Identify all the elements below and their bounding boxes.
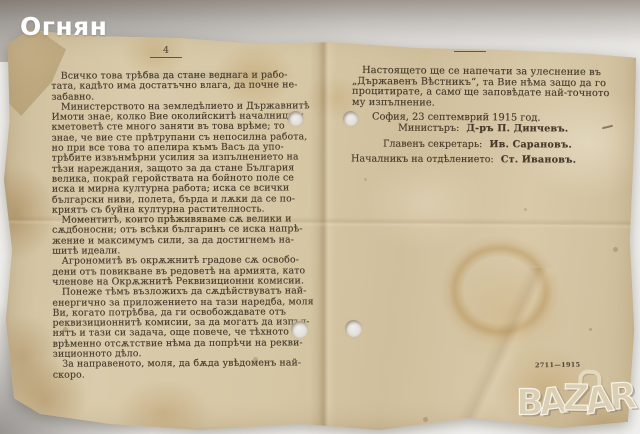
paper-shadow-wrap: 4 Всичко това трѣбва да стане веднага и … [0,0,640,434]
logo-letter: A [537,380,566,424]
punch-hole [343,111,358,126]
signature-row: Главенъ секретарь: Ив. Сарановъ. [383,139,572,151]
signature-row: Началникъ на отдѣлението: Ст. Ивановъ. [351,153,576,165]
print-code: 2711—1915 [535,361,581,370]
signature-row: Министъръ: Д-ръ П. Динчевъ. [398,123,568,135]
punch-hole [288,111,303,126]
document-paper: 4 Всичко това трѣбва да стане веднага и … [4,28,638,432]
signature-role: Началникъ на отдѣлението: [351,153,494,165]
bazar-logo-watermark: BAZAR [515,376,635,425]
signature-name: Ст. Ивановъ. [501,154,576,165]
text-line: скоро. [53,369,295,381]
page-number-left: 4 [150,45,182,58]
punch-hole [291,321,308,338]
photo-scene: 4 Всичко това трѣбва да стане веднага и … [0,0,640,434]
signature-name: Д-ръ П. Динчевъ. [466,123,568,135]
signature-role: Главенъ секретарь: [383,139,482,151]
foxing-specks [4,28,7,31]
signature-name: Ив. Сарановъ. [489,139,572,150]
logo-letter: B [516,382,539,423]
text-line: За направеното, моля, да бѫда увѣдоменъ … [53,359,295,371]
logo-letter: R [608,376,635,419]
watermark-photographer: Огнян [20,12,107,41]
center-fold-crease [310,28,336,432]
punch-hole [345,320,362,337]
page-left-text: Всичко това трѣбва да стане веднага и ра… [51,70,295,380]
page-number-right: 5 [454,39,486,52]
page-right-text: Настоящето ще се напечати за улеснение в… [352,66,620,110]
signature-role: Министъръ: [398,123,459,134]
pen-mark [602,125,613,130]
